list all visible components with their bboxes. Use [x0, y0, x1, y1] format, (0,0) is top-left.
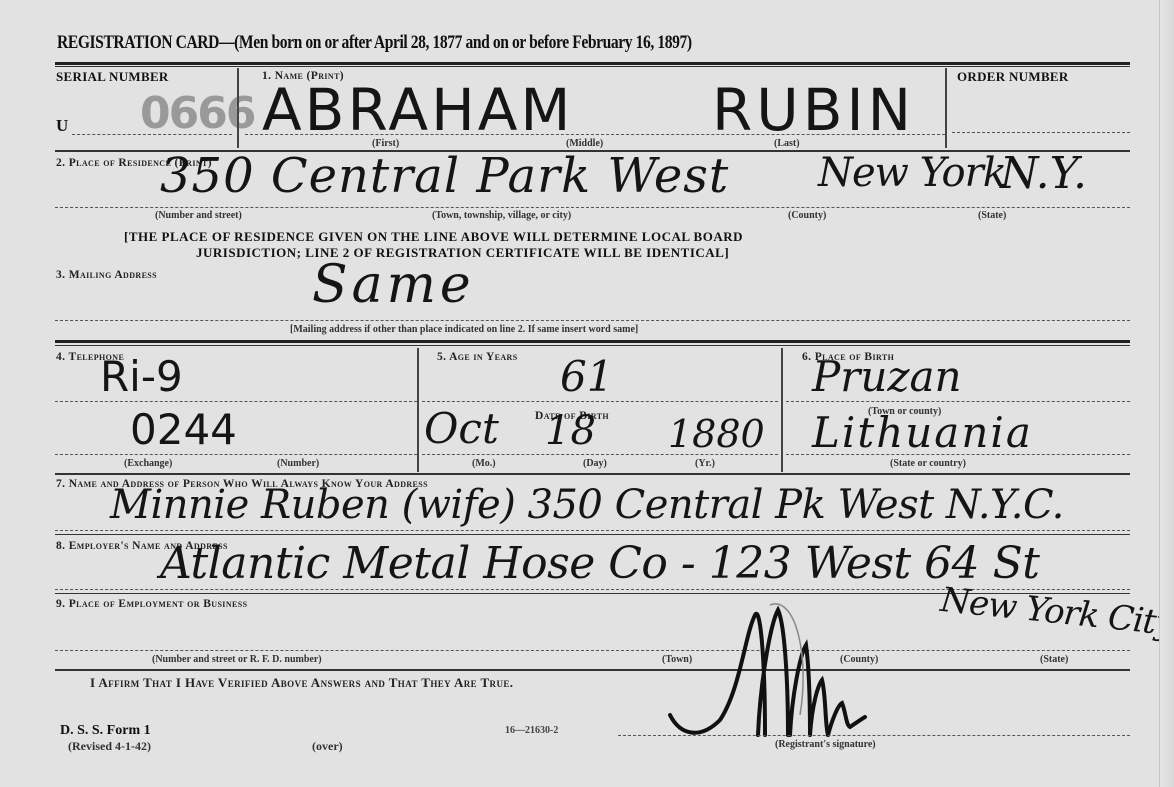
town-sublabel: (Town, township, village, or city) [432, 210, 571, 221]
serial-divider [237, 68, 239, 148]
employer-value[interactable]: Atlantic Metal Hose Co - 123 West 64 St [160, 538, 1039, 589]
card-edge [1159, 0, 1174, 787]
year-sublabel: (Yr.) [695, 458, 715, 469]
jurisdiction-note-line1: [THE PLACE OF RESIDENCE GIVEN ON THE LIN… [124, 229, 743, 245]
print-code: 16—21630-2 [505, 725, 558, 736]
signature-line [618, 735, 1130, 736]
day-sublabel: (Day) [583, 458, 607, 469]
order-number-line [952, 132, 1130, 133]
over-indicator: (over) [312, 739, 343, 754]
registration-card: REGISTRATION CARD—(Men born on or after … [0, 0, 1174, 787]
birth-year-value[interactable]: 1880 [668, 412, 765, 456]
telephone-exchange-value[interactable]: Ri-9 [100, 352, 183, 401]
residence-town-value[interactable]: New York [818, 150, 1006, 196]
telephone-line2 [55, 454, 417, 455]
row3-divider-thin [55, 345, 1130, 346]
serial-prefix: U [56, 116, 68, 136]
mailing-sublabel: [Mailing address if other than place ind… [290, 324, 638, 335]
row3-divider [55, 340, 1130, 343]
birth-country-underline [786, 454, 1130, 455]
row9-divider [55, 669, 1130, 671]
row456-divider [55, 473, 1130, 475]
telephone-line1 [55, 401, 417, 402]
tel-age-divider [417, 348, 419, 472]
contact-person-value[interactable]: Minnie Ruben (wife) 350 Central Pk West … [110, 482, 1064, 528]
birth-town-value[interactable]: Pruzan [812, 352, 962, 401]
title-divider [55, 62, 1130, 65]
place-of-employment-label: 9. Place of Employment or Business [56, 598, 247, 610]
employment-street-sublabel: (Number and street or R. F. D. number) [152, 654, 322, 665]
dob-underline [422, 454, 778, 455]
form-name: D. S. S. Form 1 [60, 723, 151, 739]
title-divider-thin [55, 66, 1130, 67]
mailing-underline [55, 320, 1130, 321]
age-birthplace-divider [781, 348, 783, 472]
exchange-sublabel: (Exchange) [124, 458, 172, 469]
affirmation-text: I Affirm That I Have Verified Above Answ… [90, 675, 513, 691]
birth-country-sublabel: (State or country) [890, 458, 966, 469]
age-underline [422, 401, 778, 402]
contact-underline [55, 530, 1130, 531]
birth-town-underline [786, 401, 1130, 402]
residence-underline [55, 207, 1130, 208]
birth-month-value[interactable]: Oct [424, 404, 499, 453]
last-sublabel: (Last) [774, 138, 800, 149]
residence-state-value[interactable]: N.Y. [1000, 148, 1087, 199]
mailing-address-label: 3. Mailing Address [56, 269, 157, 281]
form-revision: (Revised 4-1-42) [68, 739, 151, 754]
serial-number-label: SERIAL NUMBER [56, 69, 169, 85]
state-sublabel: (State) [978, 210, 1006, 221]
age-value[interactable]: 61 [560, 352, 613, 401]
employment-state-sublabel: (State) [1040, 654, 1068, 665]
order-number-label: ORDER NUMBER [957, 69, 1069, 85]
employment-underline [55, 650, 1130, 651]
birth-day-value[interactable]: 18 [545, 408, 596, 454]
county-sublabel: (County) [788, 210, 826, 221]
name-underline [245, 134, 945, 135]
street-sublabel: (Number and street) [155, 210, 242, 221]
mailing-address-value[interactable]: Same [312, 255, 475, 315]
telephone-number-value[interactable]: 0244 [130, 405, 237, 454]
signature-sublabel: (Registrant's signature) [775, 739, 876, 750]
card-title: REGISTRATION CARD—(Men born on or after … [57, 32, 692, 54]
age-label: 5. Age in Years [437, 351, 518, 363]
month-sublabel: (Mo.) [472, 458, 496, 469]
order-divider [945, 68, 947, 148]
row7-divider [55, 534, 1130, 535]
residence-street-value[interactable]: 350 Central Park West [160, 148, 729, 204]
birth-country-value[interactable]: Lithuania [812, 408, 1033, 457]
number-sublabel: (Number) [277, 458, 319, 469]
